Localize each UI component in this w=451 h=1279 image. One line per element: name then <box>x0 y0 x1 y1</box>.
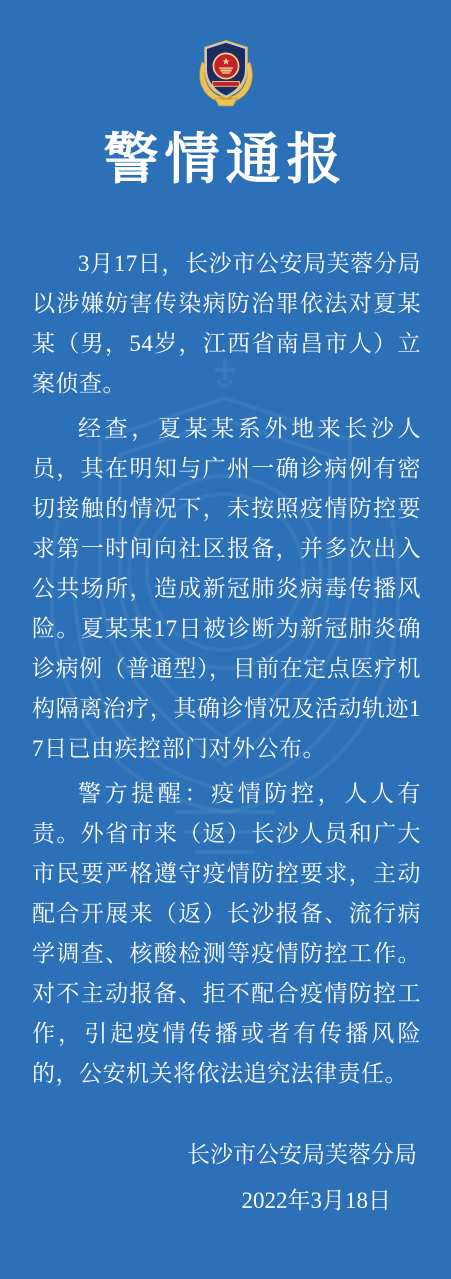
issuing-authority: 长沙市公安局芙蓉分局 <box>0 1132 451 1178</box>
police-notice-poster: 警情通报 3月17日，长沙市公安局芙蓉分局以涉嫌妨害传染病防治罪依法对夏某某（男… <box>0 0 451 1279</box>
notice-body: 3月17日，长沙市公安局芙蓉分局以涉嫌妨害传染病防治罪依法对夏某某（男，54岁，… <box>0 244 451 1094</box>
issue-date: 2022年3月18日 <box>0 1178 451 1224</box>
notice-footer: 长沙市公安局芙蓉分局 2022年3月18日 <box>0 1132 451 1224</box>
notice-title: 警情通报 <box>0 128 451 192</box>
paragraph-3: 警方提醒：疫情防控，人人有责。外省市来（返）长沙人员和广大市民要严格遵守疫情防控… <box>32 774 421 1094</box>
paragraph-1: 3月17日，长沙市公安局芙蓉分局以涉嫌妨害传染病防治罪依法对夏某某（男，54岁，… <box>32 244 421 404</box>
paragraph-2: 经查，夏某某系外地来长沙人员，其在明知与广州一确诊病例有密切接触的情况下，未按照… <box>32 409 421 769</box>
china-police-badge-icon <box>191 38 261 108</box>
